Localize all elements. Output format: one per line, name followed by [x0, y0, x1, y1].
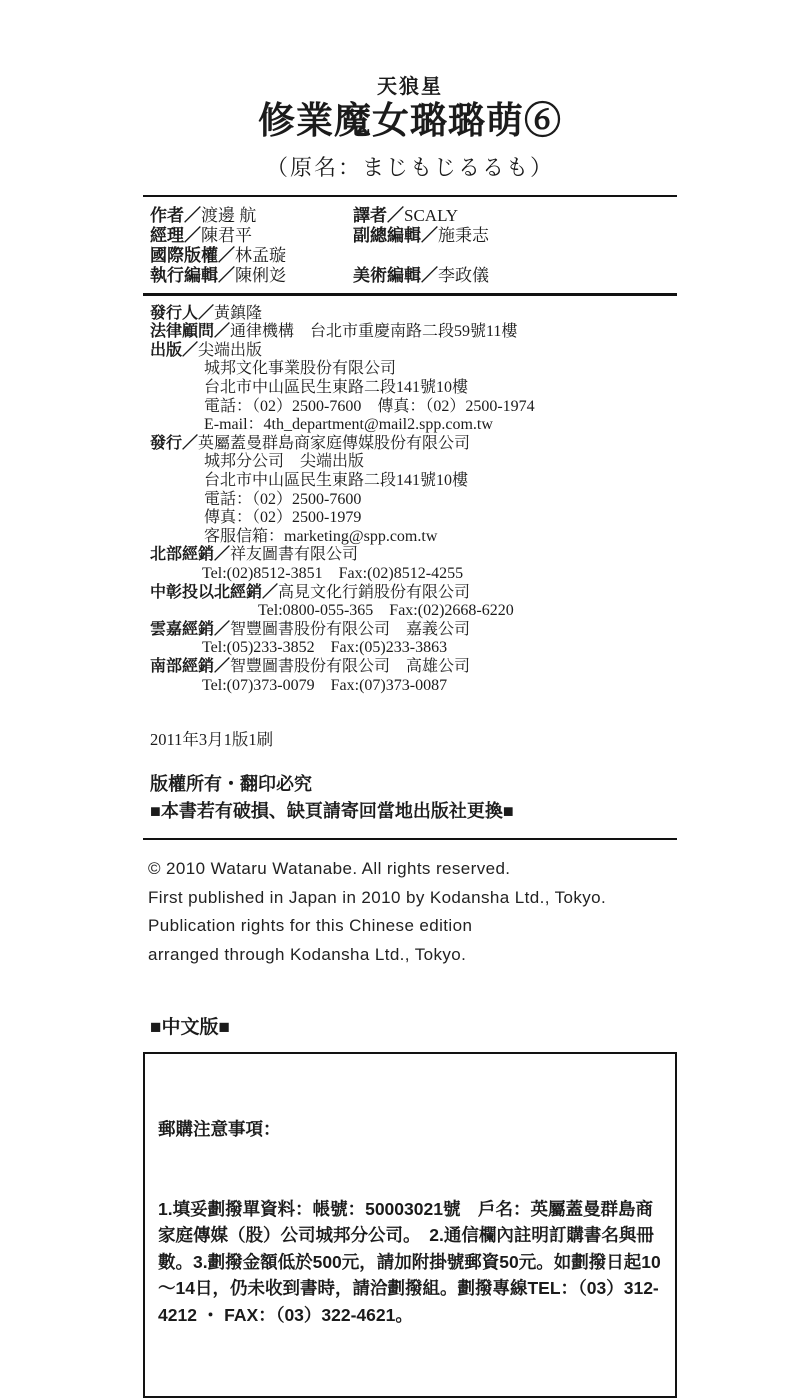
- credit-value: 陳俐彣: [235, 266, 286, 285]
- copyright-line: First published in Japan in 2010 by Koda…: [148, 884, 677, 913]
- chinese-edition-label: ■中文版■: [143, 1012, 677, 1039]
- mail-order-instructions: 1.填妥劃撥單資料：帳號：50003021號 戶名：英屬蓋曼群島商家庭傳媒（股）…: [158, 1196, 663, 1204]
- credit-value: SCALY: [404, 206, 458, 225]
- credit-manager: 經理／陳君平: [150, 226, 353, 246]
- publisher-line: 城邦文化事業股份有限公司: [150, 360, 677, 379]
- distributor-phone-line: Tel:0800-055-365 Fax:(02)2668-6220: [150, 602, 677, 621]
- publisher-line: 電話：（02）2500-7600: [150, 491, 677, 510]
- publisher-line: 發行／英屬蓋曼群島商家庭傳媒股份有限公司: [150, 435, 677, 454]
- distributor-yunjia-line: 雲嘉經銷／智豐圖書股份有限公司 嘉義公司: [150, 621, 677, 640]
- credit-value: 李政儀: [438, 266, 489, 285]
- distributor-phone-line: Tel:(02)8512-3851 Fax:(02)8512-4255: [150, 565, 677, 584]
- damaged-copy-notice: ■本書若有破損、缺頁請寄回當地出版社更換■: [150, 798, 677, 825]
- rights-notice: 版權所有・翻印必究 ■本書若有破損、缺頁請寄回當地出版社更換■: [143, 771, 677, 825]
- credit-value: 渡邊 航: [201, 206, 256, 225]
- divider-top: [143, 195, 677, 197]
- distributor-phone-line: Tel:(05)233-3852 Fax:(05)233-3863: [150, 639, 677, 658]
- divider-credits: [143, 293, 677, 296]
- mail-order-heading: 郵購注意事項：: [158, 1116, 663, 1143]
- series-name: 天狼星: [143, 70, 677, 99]
- credit-value: 林孟璇: [235, 246, 286, 265]
- edition-date: 2011年3月1版1刷: [143, 726, 677, 750]
- credit-label: 經理／: [150, 226, 201, 245]
- publisher-line: 出版／尖端出版: [150, 342, 677, 361]
- publisher-line: 傳真：（02）2500-1979: [150, 509, 677, 528]
- publisher-line: 發行人／黃鎮隆: [150, 305, 677, 324]
- title-block: 天狼星 修業魔女璐璐萌⑥ （原名：まじもじるるも）: [143, 70, 677, 182]
- credit-executive-editor: 執行編輯／陳俐彣: [150, 266, 353, 286]
- publisher-email-line: E-mail：4th_department@mail2.spp.com.tw: [150, 416, 677, 435]
- publisher-line: 台北市中山區民生東路二段141號10樓: [150, 379, 677, 398]
- distributor-phone-line: Tel:(07)373-0079 Fax:(07)373-0087: [150, 677, 677, 696]
- publisher-line: 法律顧問／通律機構 台北市重慶南路二段59號11樓: [150, 323, 677, 342]
- credit-label: 執行編輯／: [150, 266, 235, 285]
- rights-line: 版權所有・翻印必究: [150, 771, 677, 798]
- credit-label: 國際版權／: [150, 246, 235, 265]
- publisher-line: 城邦分公司 尖端出版: [150, 453, 677, 472]
- distributor-central-line: 中彰投以北經銷／高見文化行銷股份有限公司: [150, 584, 677, 603]
- copyright-line: Publication rights for this Chinese edit…: [148, 912, 677, 941]
- publisher-line: 台北市中山區民生東路二段141號10樓: [150, 472, 677, 491]
- credit-value: 施秉志: [438, 226, 489, 245]
- credit-value: 陳君平: [201, 226, 252, 245]
- publisher-line: 電話：（02）2500-7600 傳真：（02）2500-1974: [150, 398, 677, 417]
- book-title: 修業魔女璐璐萌⑥: [143, 101, 677, 142]
- distributor-south-line: 南部經銷／智豐圖書股份有限公司 高雄公司: [150, 658, 677, 677]
- publisher-service-email-line: 客服信箱：marketing@spp.com.tw: [150, 528, 677, 547]
- copyright-line: arranged through Kodansha Ltd., Tokyo.: [148, 941, 677, 970]
- credit-deputy-chief-editor: 副總編輯／施秉志: [353, 226, 677, 246]
- english-copyright-block: © 2010 Wataru Watanabe. All rights reser…: [143, 855, 677, 969]
- divider-rights: [143, 838, 677, 840]
- mail-order-box: 郵購注意事項： 1.填妥劃撥單資料：帳號：50003021號 戶名：英屬蓋曼群島…: [143, 1052, 677, 1204]
- distributor-north-line: 北部經銷／祥友圖書有限公司: [150, 546, 677, 565]
- copyright-line: © 2010 Wataru Watanabe. All rights reser…: [148, 855, 677, 884]
- credit-translator: 譯者／SCALY: [353, 206, 677, 226]
- original-title: （原名：まじもじるるも）: [143, 151, 677, 182]
- credit-author: 作者／渡邊 航: [150, 206, 353, 226]
- publisher-block: 發行人／黃鎮隆 法律顧問／通律機構 台北市重慶南路二段59號11樓 出版／尖端出…: [143, 305, 677, 695]
- credit-international-rights: 國際版權／林孟璇: [150, 246, 353, 266]
- credit-art-editor: 美術編輯／李政儀: [353, 266, 677, 286]
- credit-empty: [353, 246, 677, 266]
- credit-label: 譯者／: [353, 206, 404, 225]
- credits-block: 作者／渡邊 航 譯者／SCALY 經理／陳君平 副總編輯／施秉志 國際版權／林孟…: [143, 206, 677, 286]
- credit-label: 副總編輯／: [353, 226, 438, 245]
- credit-label: 美術編輯／: [353, 266, 438, 285]
- credit-label: 作者／: [150, 206, 201, 225]
- colophon-page: 天狼星 修業魔女璐璐萌⑥ （原名：まじもじるるも） 作者／渡邊 航 譯者／SCA…: [143, 0, 677, 1204]
